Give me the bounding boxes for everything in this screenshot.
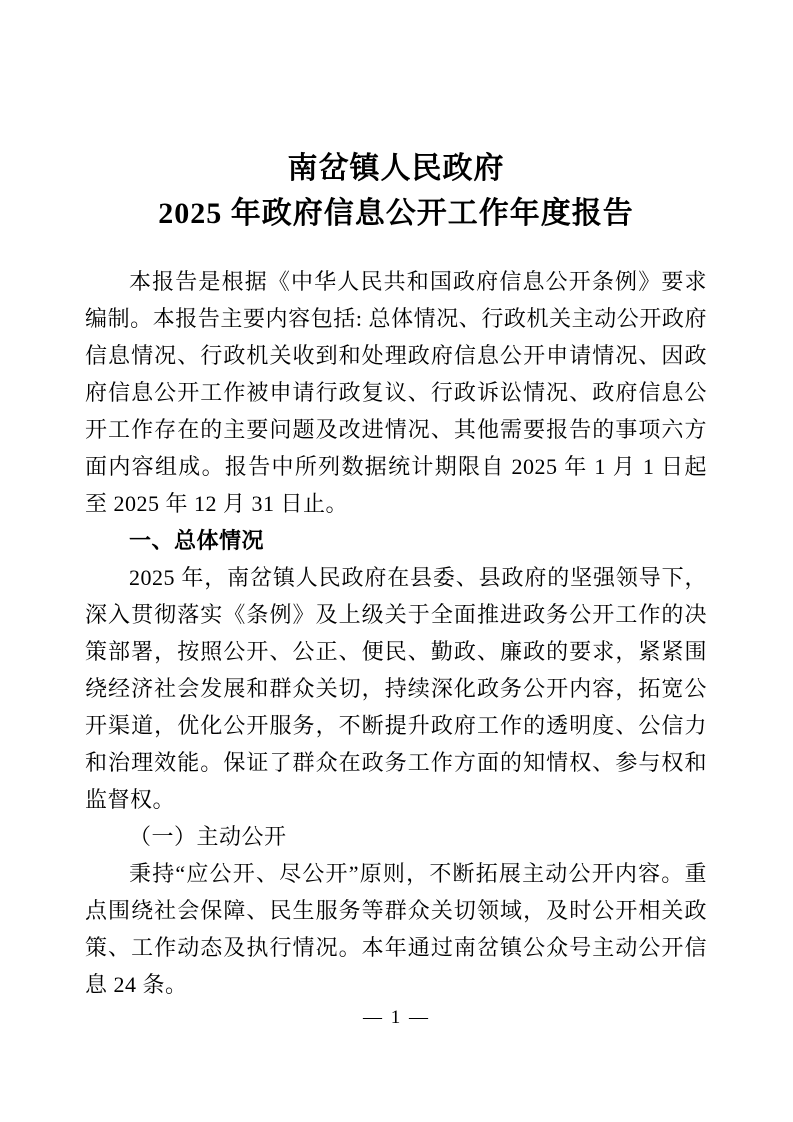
intro-paragraph: 本报告是根据《中华人民共和国政府信息公开条例》要求编制。本报告主要内容包括: 总… [85, 263, 707, 522]
document-content: 南岔镇人民政府 2025 年政府信息公开工作年度报告 本报告是根据《中华人民共和… [85, 146, 707, 1003]
subsection-heading-active-disclosure: （一）主动公开 [85, 818, 707, 855]
overall-situation-paragraph: 2025 年，南岔镇人民政府在县委、县政府的坚强领导下，深入贯彻落实《条例》及上… [85, 559, 707, 818]
document-title-line2: 2025 年政府信息公开工作年度报告 [85, 191, 707, 236]
document-title: 南岔镇人民政府 2025 年政府信息公开工作年度报告 [85, 146, 707, 236]
document-page: 南岔镇人民政府 2025 年政府信息公开工作年度报告 本报告是根据《中华人民共和… [0, 0, 793, 1122]
section-heading-overall-situation: 一、总体情况 [85, 522, 707, 559]
document-title-line1: 南岔镇人民政府 [85, 146, 707, 191]
page-number: — 1 — [0, 1003, 793, 1033]
active-disclosure-paragraph: 秉持“应公开、尽公开”原则，不断拓展主动公开内容。重点围绕社会保障、民生服务等群… [85, 855, 707, 1003]
document-body: 本报告是根据《中华人民共和国政府信息公开条例》要求编制。本报告主要内容包括: 总… [85, 263, 707, 1003]
